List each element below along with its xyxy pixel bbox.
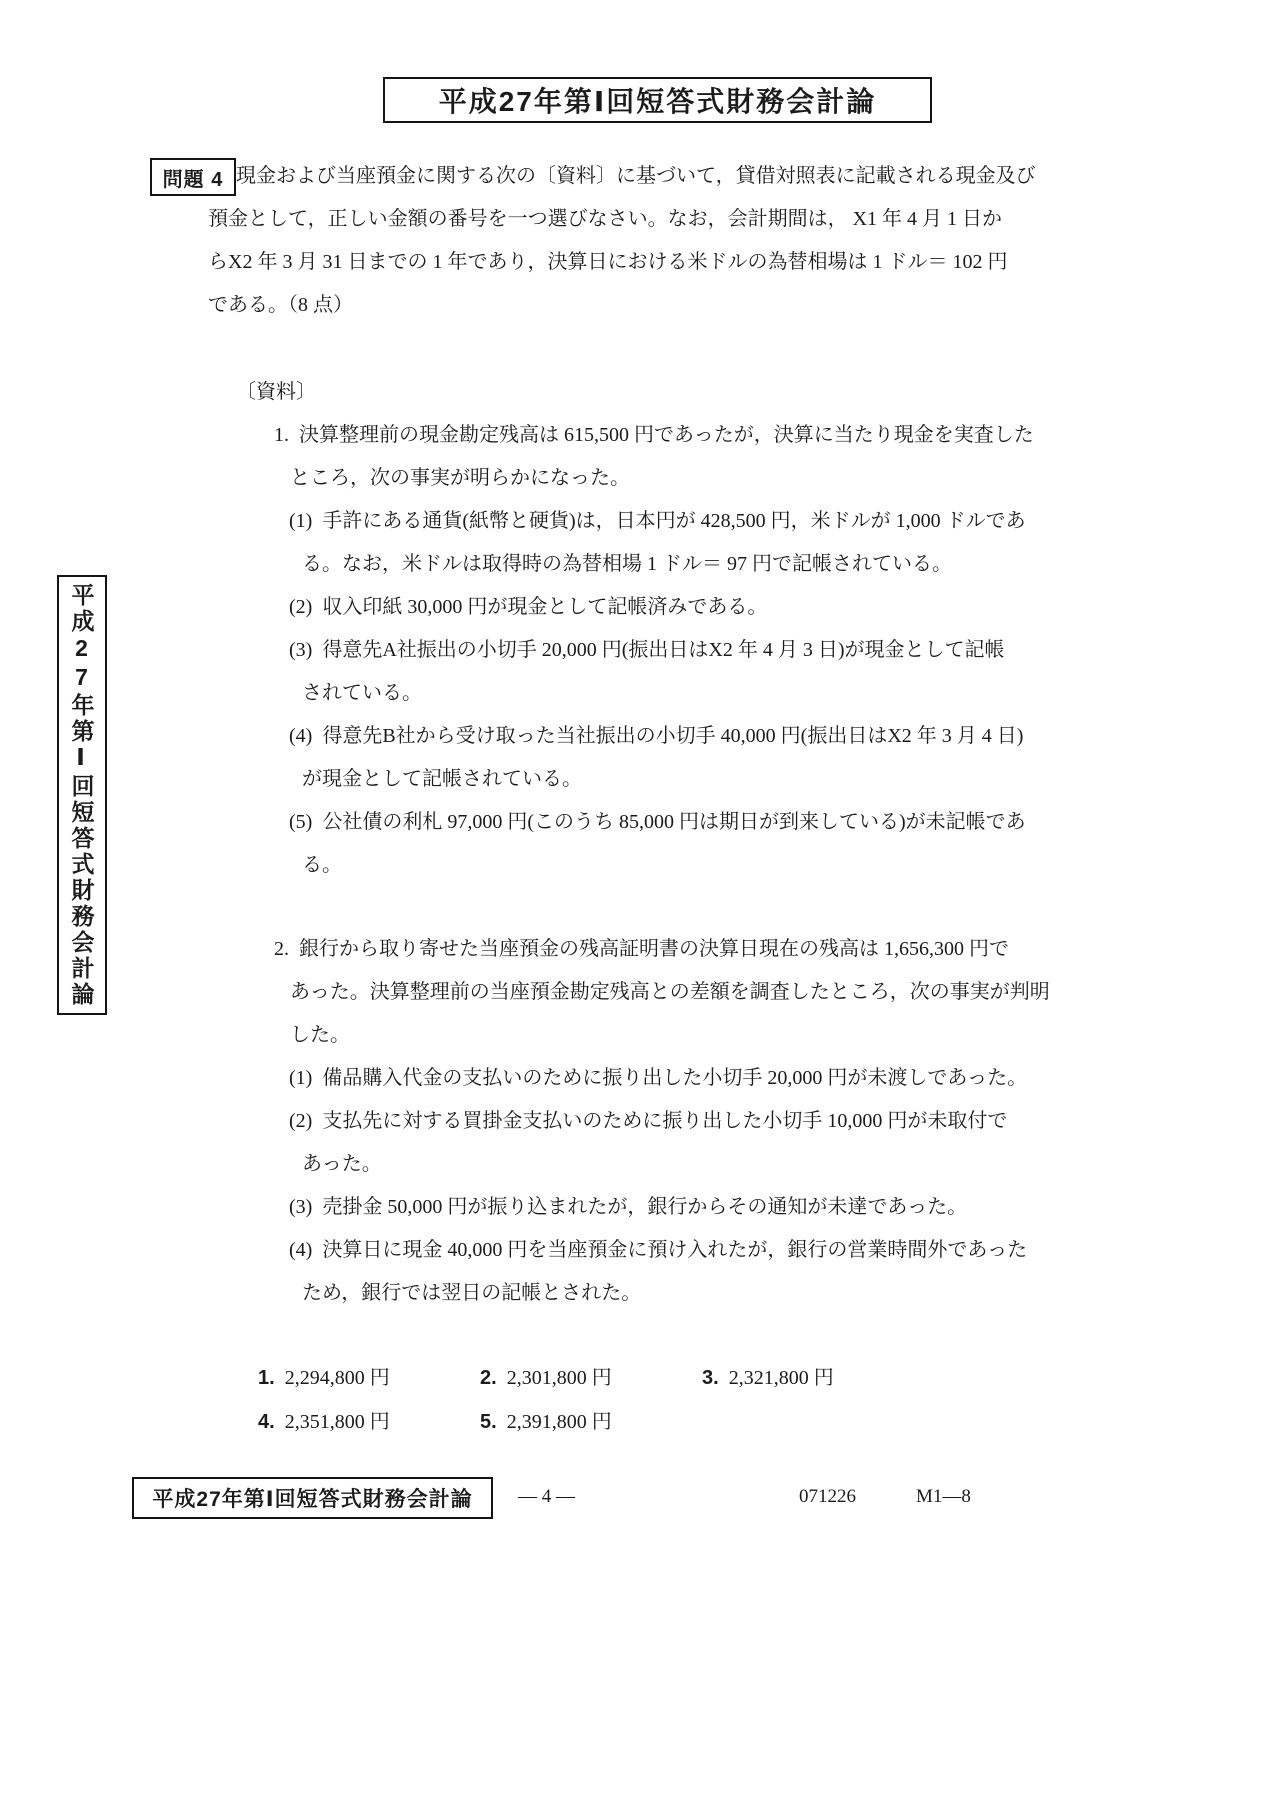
materials-line: る。: [0, 844, 1280, 887]
materials-line: 1. 決算整理前の現金勘定残高は 615,500 円であったが，決算に当たり現金…: [0, 414, 1280, 457]
problem-statement-line: 現金および当座預金に関する次の〔資料〕に基づいて，貸借対照表に記載される現金及び: [208, 155, 1036, 198]
materials-line: (1) 備品購入代金の支払いのために振り出した小切手 20,000 円が未渡しで…: [0, 1057, 1280, 1100]
exam-page: 平成27年第Ⅰ回短答式財務会計論 問題 4 現金および当座預金に関する次の〔資料…: [0, 0, 1280, 1810]
choice-number: 4.: [258, 1411, 275, 1433]
materials-line: した。: [0, 1014, 1280, 1057]
materials-line: が現金として記帳されている。: [0, 758, 1280, 801]
answer-choice-2: 2.2,301,800 円: [480, 1357, 612, 1400]
materials-line: (3) 得意先А社振出の小切手 20,000 円(振出日はX2 年 4 月 3 …: [0, 629, 1280, 672]
choice-number: 5.: [480, 1411, 497, 1433]
materials-line: 2. 銀行から取り寄せた当座預金の残高証明書の決算日現在の残高は 1,656,3…: [0, 928, 1280, 971]
materials-line: (5) 公社債の利札 97,000 円(このうち 85,000 円は期日が到来し…: [0, 801, 1280, 844]
answer-choice-1: 1.2,294,800 円: [258, 1357, 390, 1400]
footer-title: 平成27年第Ⅰ回短答式財務会計論: [132, 1477, 493, 1519]
materials-line: あった。決算整理前の当座預金勘定残高との差額を調査したところ，次の事実が判明: [0, 971, 1280, 1014]
choice-number: 3.: [702, 1367, 719, 1389]
footer-print-code: 071226: [799, 1477, 856, 1517]
materials-line: (1) 手許にある通貨(紙幣と硬貨)は，日本円が 428,500 円，米ドルが …: [0, 500, 1280, 543]
sidebar-edition-title-box: 平成27年第Ⅰ回短答式財務会計論: [57, 575, 107, 1015]
materials-line: (2) 支払先に対する買掛金支払いのために振り出した小切手 10,000 円が未…: [0, 1100, 1280, 1143]
choice-number: 1.: [258, 1367, 275, 1389]
materials-line: る。なお，米ドルは取得時の為替相場 1 ドル＝ 97 円で記帳されている。: [0, 543, 1280, 586]
materials-line: (4) 決算日に現金 40,000 円を当座預金に預け入れたが，銀行の営業時間外…: [0, 1229, 1280, 1272]
footer-doc-code: M1—8: [916, 1477, 971, 1517]
choice-number: 2.: [480, 1367, 497, 1389]
problem-statement-line: 預金として，正しい金額の番号を一つ選びなさい。なお，会計期間は， X1 年 4 …: [208, 198, 1036, 241]
problem-statement: 現金および当座預金に関する次の〔資料〕に基づいて，貸借対照表に記載される現金及び…: [208, 155, 1036, 327]
materials-label: 〔資料〕: [236, 371, 316, 414]
page-number: — 4 —: [518, 1477, 575, 1517]
materials-line: ところ，次の事実が明らかになった。: [0, 457, 1280, 500]
problem-statement-line: らX2 年 3 月 31 日までの 1 年であり，決算日における米ドルの為替相場…: [208, 241, 1036, 284]
choice-value: 2,351,800 円: [285, 1411, 390, 1433]
materials-line: されている。: [0, 672, 1280, 715]
materials-line: (2) 収入印紙 30,000 円が現金として記帳済みである。: [0, 586, 1280, 629]
materials-line: (3) 売掛金 50,000 円が振り込まれたが，銀行からその通知が未達であった…: [0, 1186, 1280, 1229]
materials-line: ため，銀行では翌日の記帳とされた。: [0, 1272, 1280, 1315]
answer-choice-3: 3.2,321,800 円: [702, 1357, 834, 1400]
choice-value: 2,294,800 円: [285, 1367, 390, 1389]
answer-choice-4: 4.2,351,800 円: [258, 1401, 390, 1444]
choice-value: 2,321,800 円: [729, 1367, 834, 1389]
choice-value: 2,301,800 円: [507, 1367, 612, 1389]
sidebar-edition-title: 平成27年第Ⅰ回短答式財務会計論: [66, 583, 99, 1008]
materials-section-2: 2. 銀行から取り寄せた当座預金の残高証明書の決算日現在の残高は 1,656,3…: [0, 928, 1280, 1315]
answer-choice-5: 5.2,391,800 円: [480, 1401, 612, 1444]
problem-statement-line: である。（8 点）: [208, 284, 1036, 327]
materials-section-1: 1. 決算整理前の現金勘定残高は 615,500 円であったが，決算に当たり現金…: [0, 414, 1280, 887]
choice-value: 2,391,800 円: [507, 1411, 612, 1433]
materials-line: (4) 得意先В社から受け取った当社振出の小切手 40,000 円(振出日はX2…: [0, 715, 1280, 758]
materials-line: あった。: [0, 1143, 1280, 1186]
page-title: 平成27年第Ⅰ回短答式財務会計論: [383, 77, 932, 123]
